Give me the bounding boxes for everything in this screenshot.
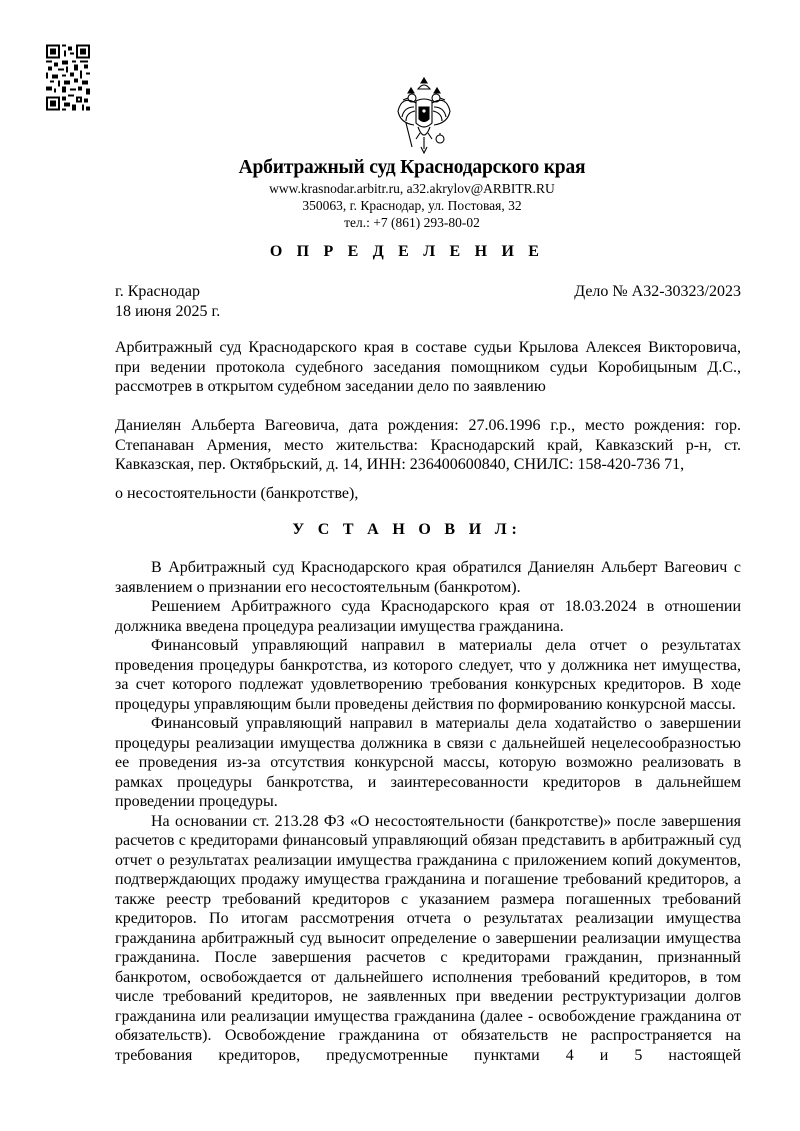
paragraph-1: В Арбитражный суд Краснодарского края об… — [115, 558, 741, 597]
intro-paragraph: Арбитражный суд Краснодарского края в со… — [115, 338, 741, 397]
applicant-paragraph: Даниелян Альберта Вагеовича, дата рожден… — [115, 416, 741, 475]
case-number: Дело № А32-30323/2023 — [574, 282, 741, 302]
section-heading: У С Т А Н О В И Л: — [0, 521, 800, 539]
court-address: 350063, г. Краснодар, ул. Постовая, 32 — [12, 197, 800, 214]
body-paragraphs: В Арбитражный суд Краснодарского края об… — [115, 558, 741, 1065]
paragraph-5: На основании ст. 213.28 ФЗ «О несостояте… — [115, 812, 741, 1066]
court-phone: тел.: +7 (861) 293-80-02 — [12, 214, 800, 231]
qr-code-icon — [46, 44, 90, 111]
subject-line: о несостоятельности (банкротстве), — [115, 484, 741, 504]
document-title: О П Р Е Д Е Л Е Н И Е — [0, 243, 800, 261]
paragraph-4: Финансовый управляющий направил в матери… — [115, 714, 741, 812]
document-date: 18 июня 2025 г. — [115, 302, 741, 322]
coat-of-arms-icon — [394, 77, 454, 157]
city: г. Краснодар — [115, 282, 200, 302]
court-contacts: www.krasnodar.arbitr.ru, a32.akrylov@ARB… — [12, 180, 800, 197]
paragraph-3: Финансовый управляющий направил в матери… — [115, 636, 741, 714]
document-meta: г. Краснодар Дело № А32-30323/2023 18 ию… — [115, 282, 741, 321]
court-name: Арбитражный суд Краснодарского края — [12, 157, 800, 179]
paragraph-2: Решением Арбитражного суда Краснодарског… — [115, 597, 741, 636]
